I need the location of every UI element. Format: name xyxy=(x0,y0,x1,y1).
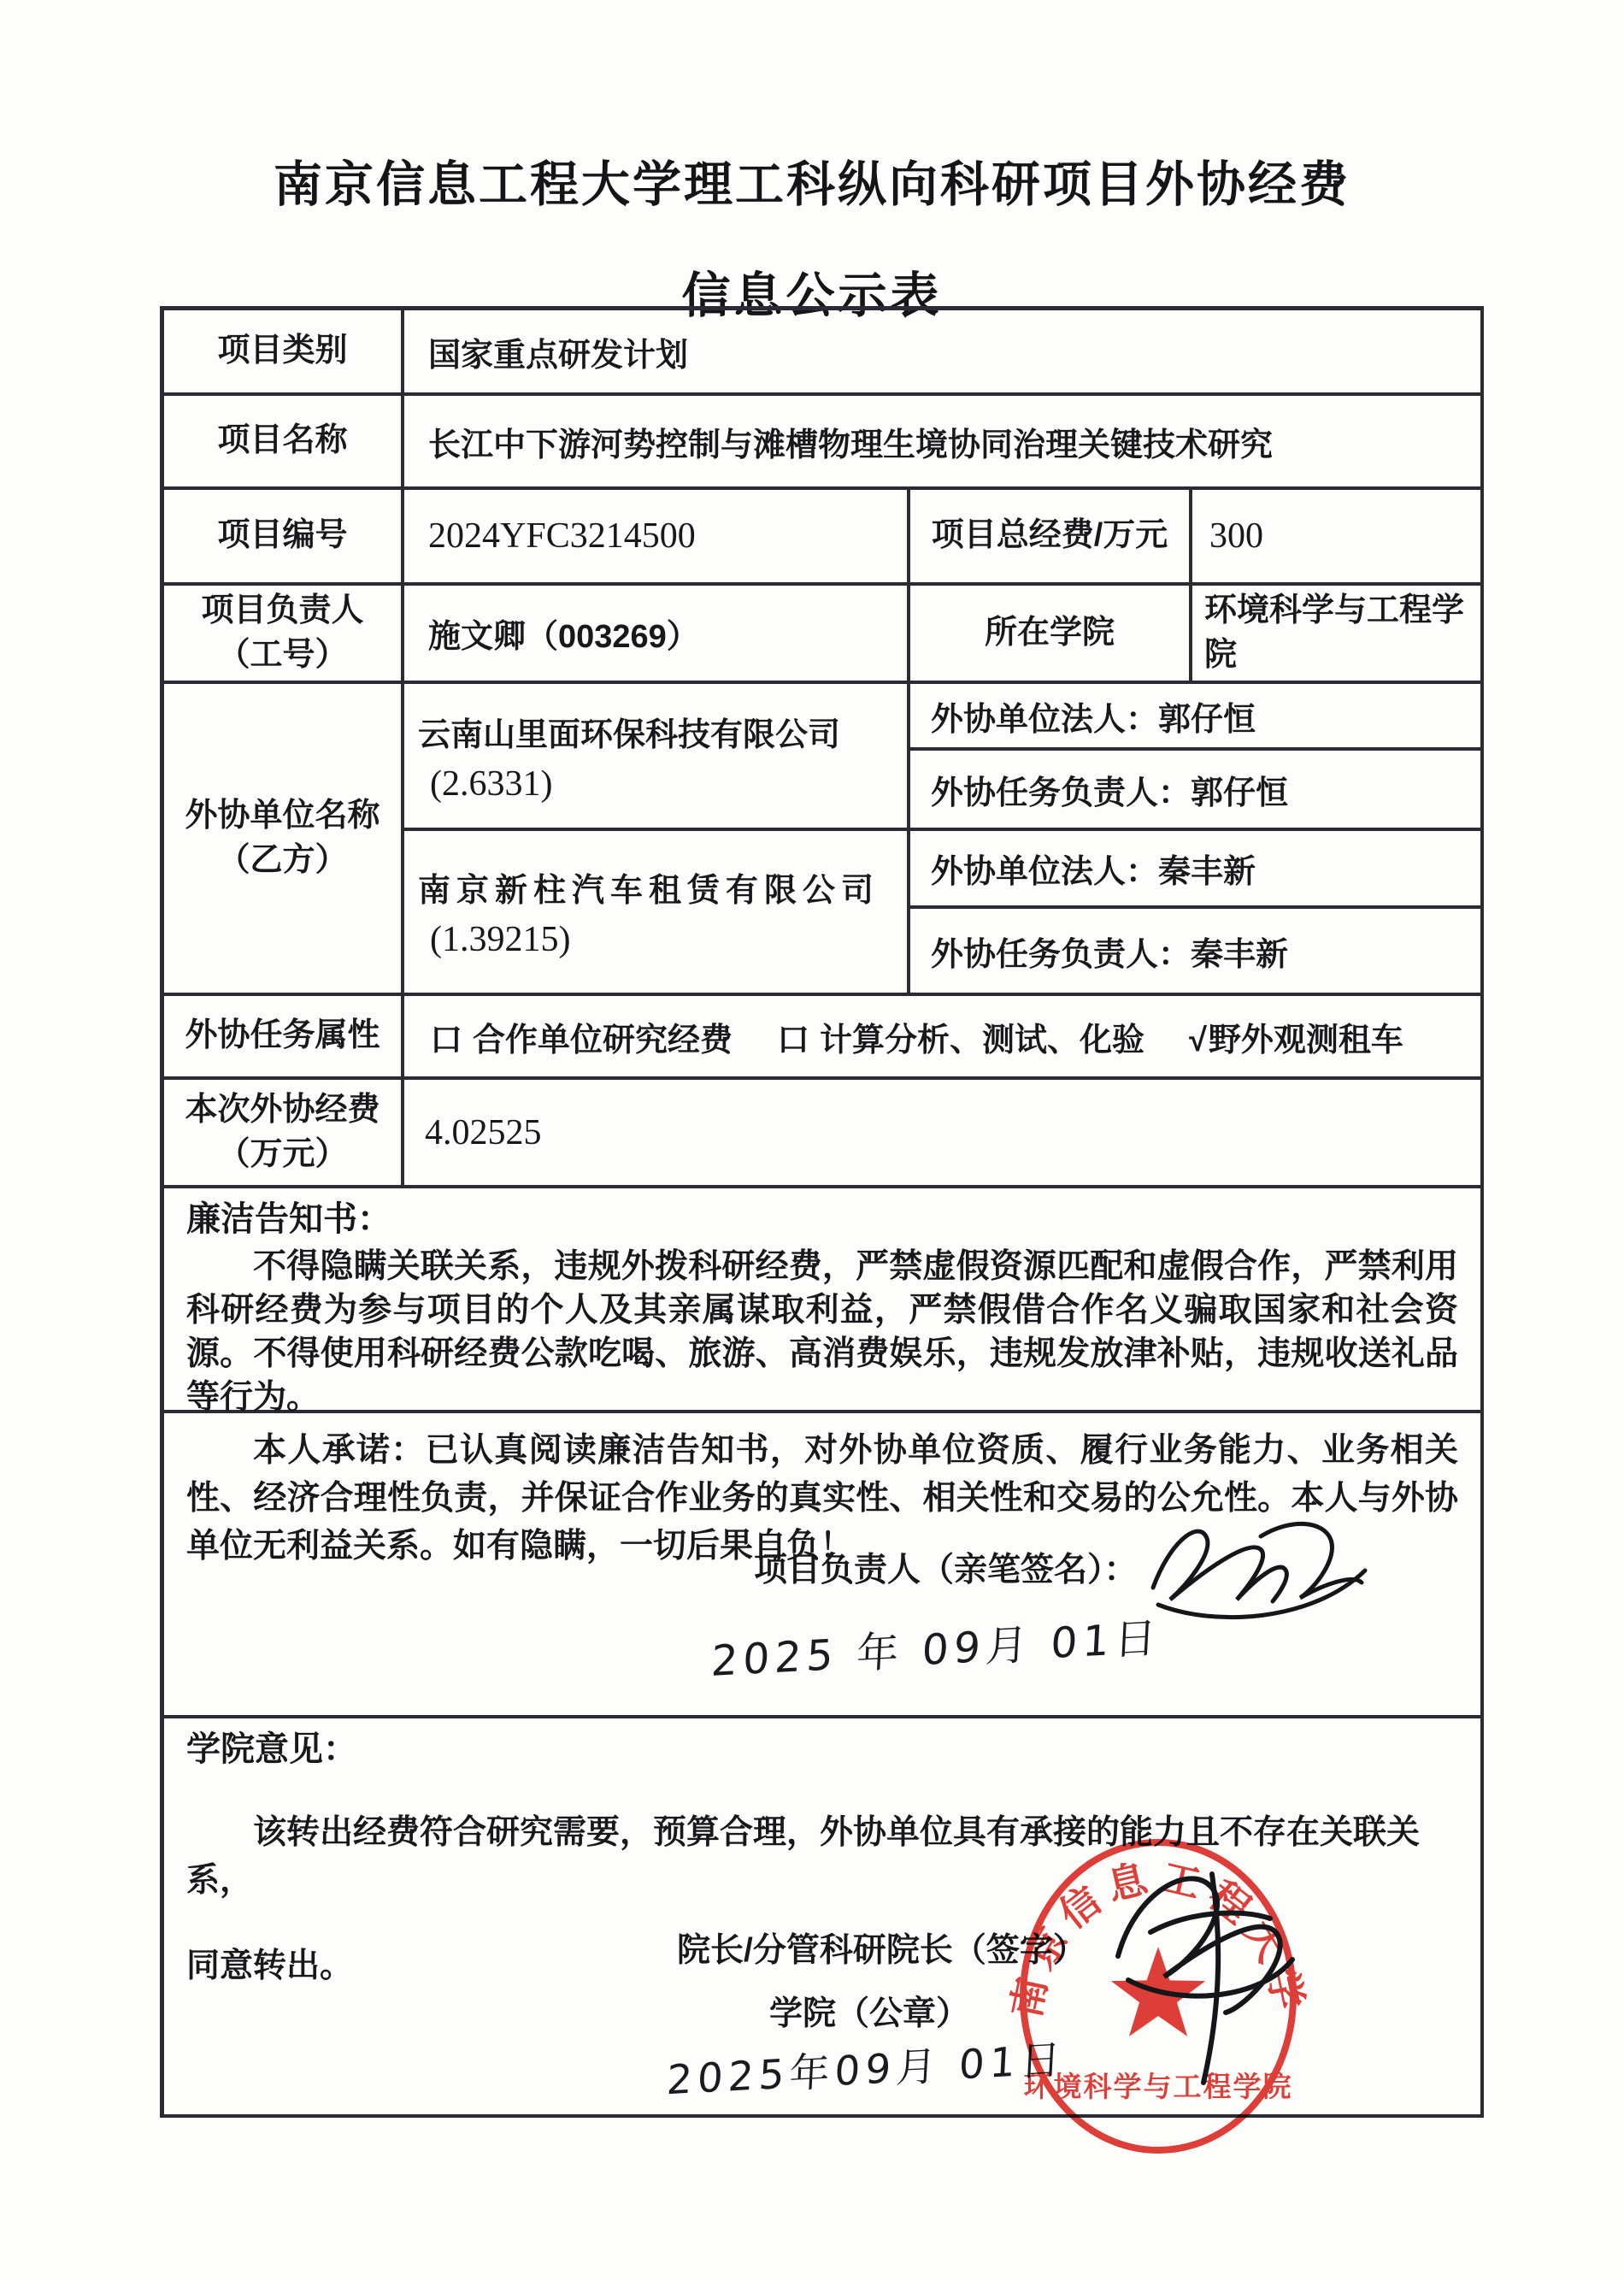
partner2-name: 南京新柱汽车租赁有限公司 xyxy=(418,863,880,911)
task-attr-option-3: √野外观测租车 xyxy=(1189,1013,1403,1060)
college-value: 环境科学与工程学院 xyxy=(1192,586,1484,684)
task-attr-option-2-text: 计算分析、测试、化验 xyxy=(820,1023,1144,1058)
college-label: 所在学院 xyxy=(910,586,1192,684)
document-page: 南京信息工程大学理工科纵向科研项目外协经费 信息公示表 项目类别 国家重点研发计… xyxy=(0,0,1624,2281)
college-opinion-heading: 学院意见： xyxy=(186,1729,1458,1770)
task-attr-option-3-text: 野外观测租车 xyxy=(1209,1023,1403,1058)
pi-label-line2: （工号） xyxy=(217,634,347,677)
project-name-label: 项目名称 xyxy=(164,396,404,490)
task-attr-option-2: 口计算分析、测试、化验 xyxy=(777,1013,1144,1060)
current-fund-label-line1: 本次外协经费 xyxy=(185,1088,380,1132)
checkbox-empty-icon: 口 xyxy=(430,1023,462,1058)
college-seal-label: 学院（公章） xyxy=(769,1987,969,2035)
task-attr-option-1-text: 合作单位研究经费 xyxy=(473,1023,733,1058)
task-attr-label: 外协任务属性 xyxy=(164,996,404,1080)
pi-sign-label: 项目负责人（亲笔签名）： xyxy=(754,1543,1138,1591)
pi-label: 项目负责人 （工号） xyxy=(164,586,404,684)
partner2-name-cell: 南京新柱汽车租赁有限公司 (1.39215) xyxy=(404,831,910,996)
total-fund-label: 项目总经费/万元 xyxy=(910,490,1192,586)
partner1-name-cell: 云南山里面环保科技有限公司 (2.6331) xyxy=(404,684,910,831)
partner1-task-leader: 外协任务负责人：郭仔恒 xyxy=(910,751,1484,831)
partner2-task-leader: 外协任务负责人：秦丰新 xyxy=(910,909,1484,996)
partner1-name: 云南山里面环保科技有限公司 xyxy=(418,708,840,755)
partner2-amount: (1.39215) xyxy=(418,919,570,960)
current-fund-label-line2: （万元） xyxy=(217,1133,347,1176)
partner-section-label: 外协单位名称 （乙方） xyxy=(164,684,404,996)
total-fund-value: 300 xyxy=(1192,490,1484,586)
project-no-value: 2024YFC3214500 xyxy=(404,490,910,586)
page-title-line1: 南京信息工程大学理工科纵向科研项目外协经费 xyxy=(0,145,1624,215)
integrity-heading: 廉洁告知书： xyxy=(186,1199,1458,1240)
pi-sign-date: 2025 年 09月 01日 xyxy=(710,1605,1163,1689)
task-attr-options: 口合作单位研究经费 口计算分析、测试、化验 √野外观测租车 xyxy=(404,996,1484,1080)
current-fund-value: 4.02525 xyxy=(404,1080,1484,1188)
pi-signature xyxy=(1133,1492,1380,1641)
partner-section-line1: 外协单位名称 xyxy=(185,794,380,838)
checkbox-empty-icon: 口 xyxy=(777,1023,809,1058)
project-no-label: 项目编号 xyxy=(164,490,404,586)
commitment-lead: 本人承诺： xyxy=(253,1432,426,1469)
checkmark-icon: √ xyxy=(1189,1023,1207,1058)
partner1-amount: (2.6331) xyxy=(418,763,552,805)
current-fund-label: 本次外协经费 （万元） xyxy=(164,1080,404,1188)
task-attr-option-1: 口合作单位研究经费 xyxy=(430,1013,733,1060)
dean-signature xyxy=(1068,1830,1333,2095)
partner2-legal: 外协单位法人：秦丰新 xyxy=(910,831,1484,909)
pi-value: 施文卿（003269） xyxy=(404,586,910,684)
project-type-label: 项目类别 xyxy=(164,310,404,396)
integrity-notice: 廉洁告知书： 不得隐瞒关联关系，违规外拨科研经费，严禁虚假资源匹配和虚假合作，严… xyxy=(164,1188,1484,1413)
partner-section-line2: （乙方） xyxy=(217,839,347,882)
integrity-body: 不得隐瞒关联关系，违规外拨科研经费，严禁虚假资源匹配和虚假合作，严禁利用科研经费… xyxy=(186,1245,1458,1419)
project-type-value: 国家重点研发计划 xyxy=(404,310,1484,396)
partner1-legal: 外协单位法人：郭仔恒 xyxy=(910,684,1484,751)
pi-label-line1: 项目负责人 xyxy=(201,589,363,633)
page-title: 南京信息工程大学理工科纵向科研项目外协经费 信息公示表 xyxy=(0,145,1624,327)
project-name-value: 长江中下游河势控制与滩槽物理生境协同治理关键技术研究 xyxy=(404,396,1484,490)
